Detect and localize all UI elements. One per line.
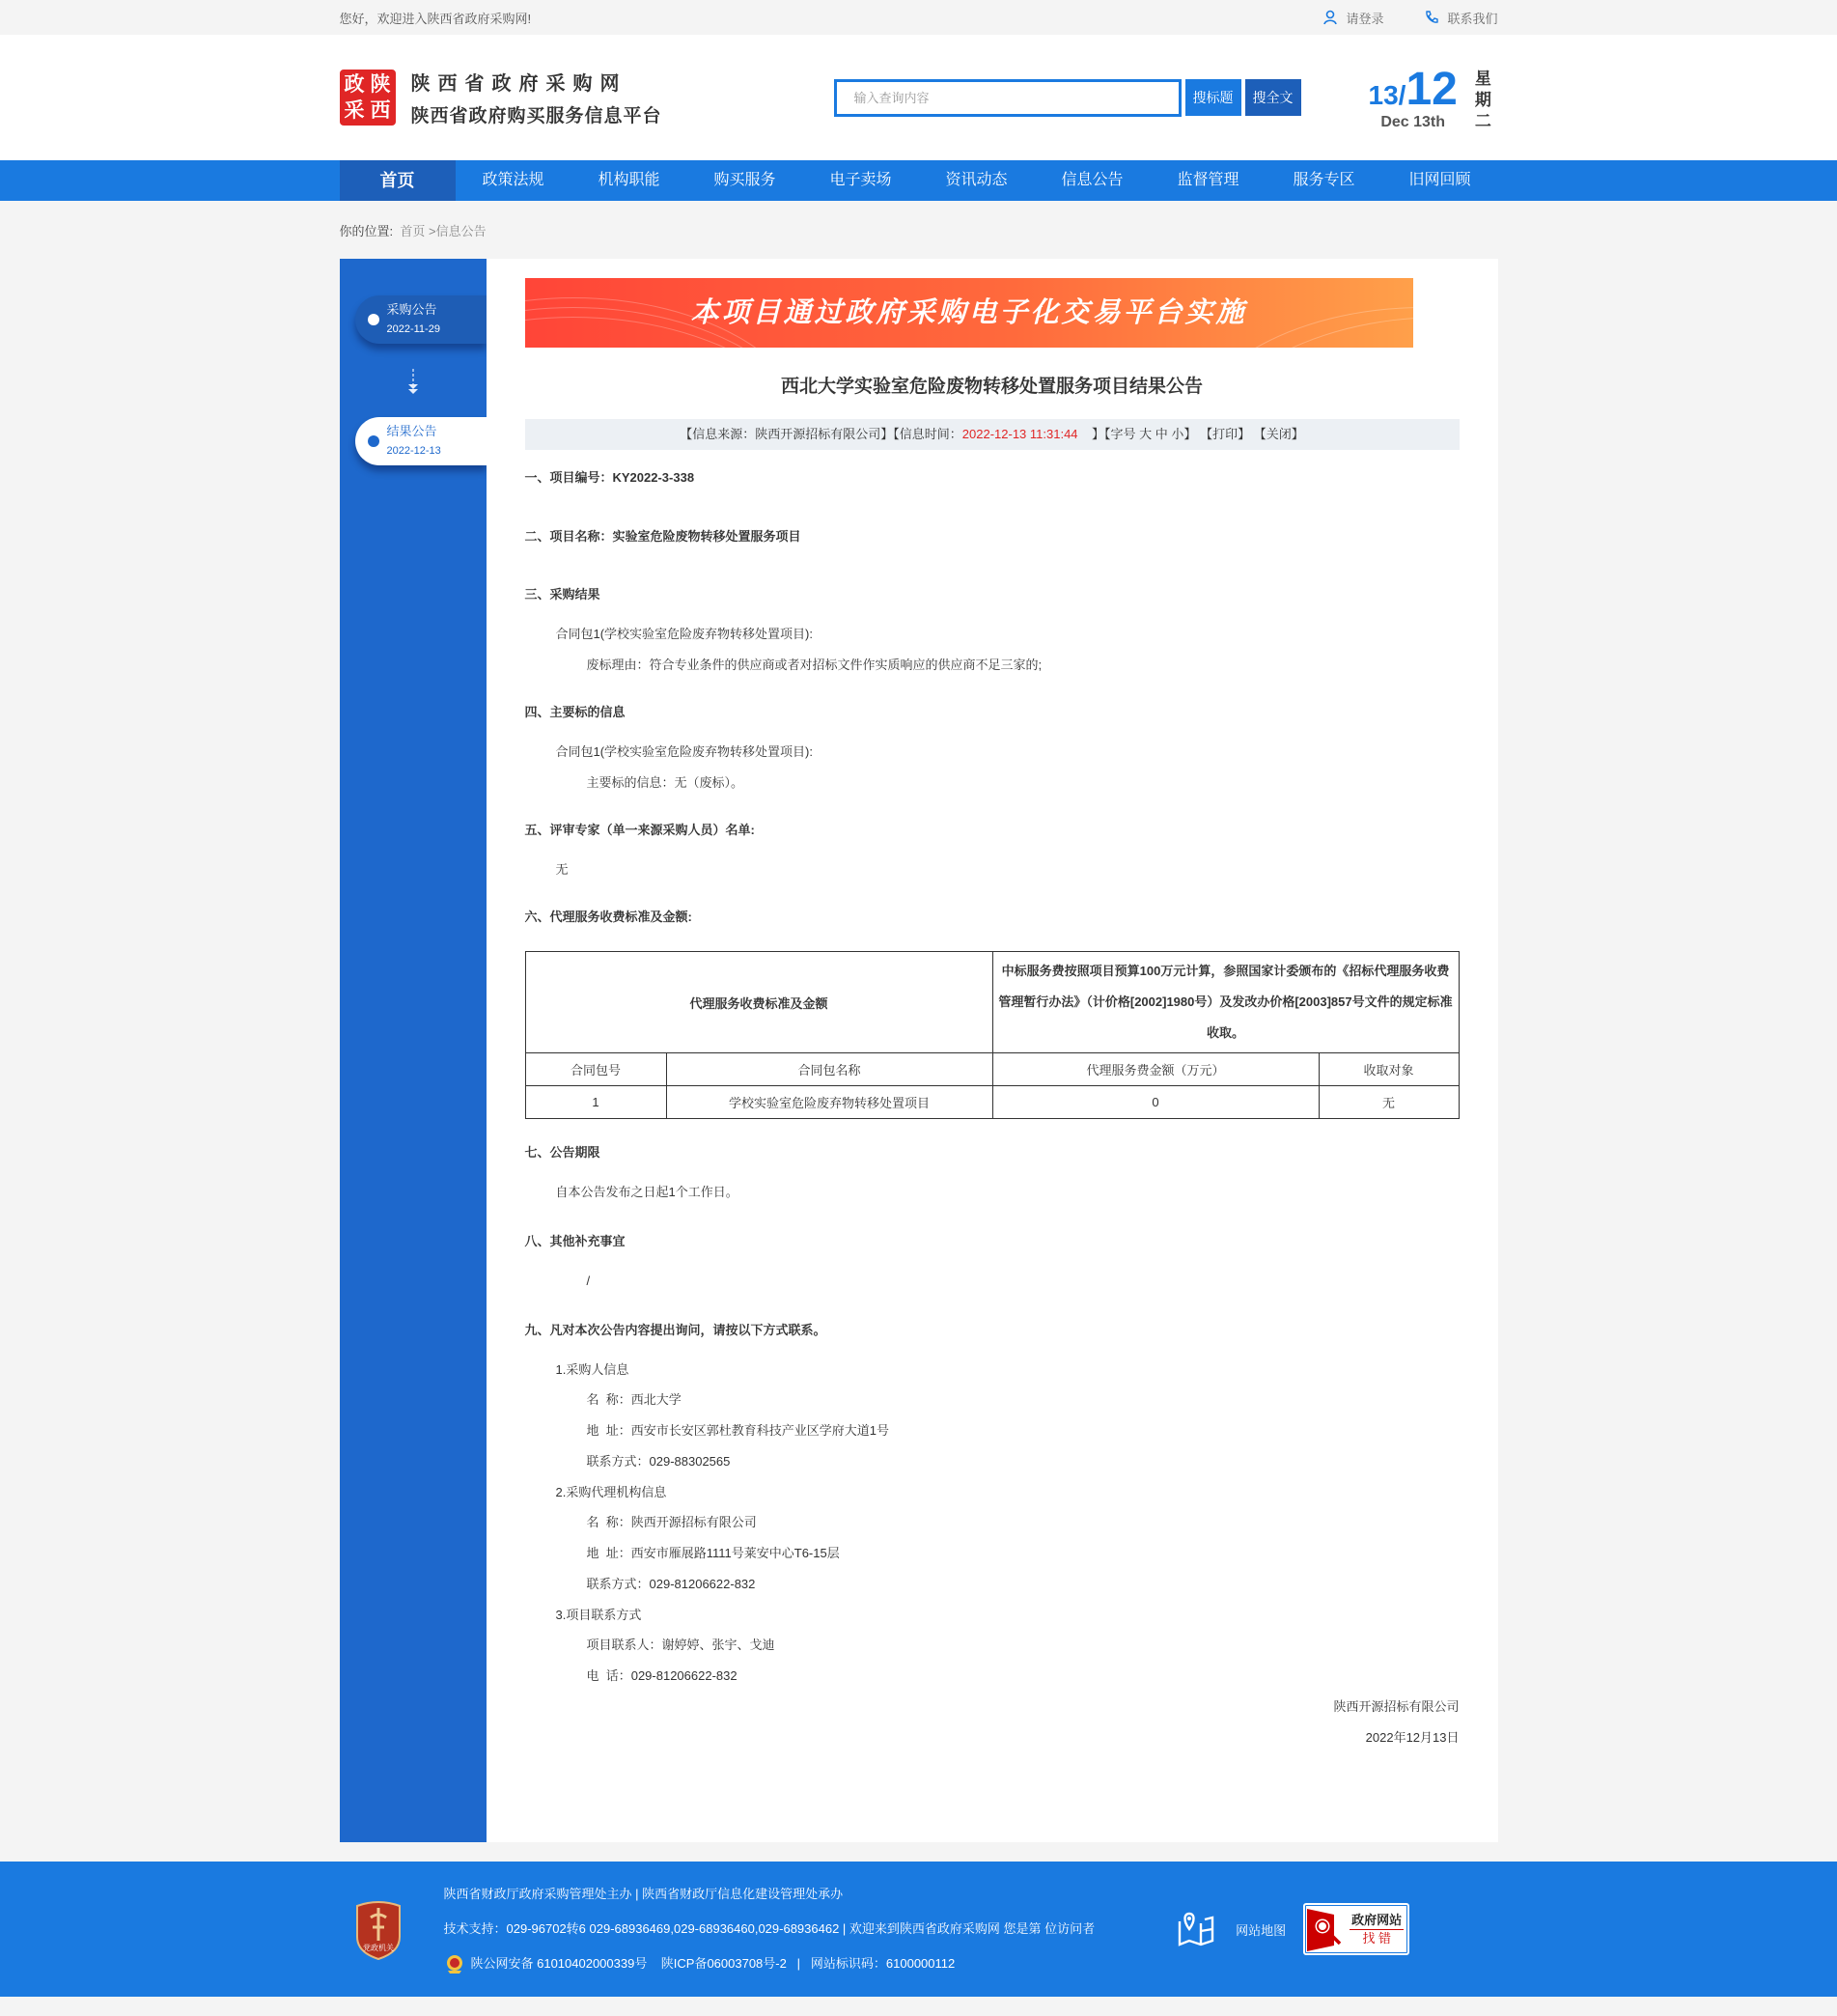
- section-main-info: 四、主要标的信息: [525, 698, 1460, 727]
- date-day: 13: [1369, 80, 1399, 110]
- main-area: 采购公告 2022-11-29 结果公告 2022-12-13: [340, 259, 1498, 1842]
- article: 本项目通过政府采购电子化交易平台实施 西北大学实验室危险废物转移处置服务项目结果…: [487, 259, 1498, 1842]
- svg-text:党政机关: 党政机关: [363, 1943, 394, 1952]
- search-fulltext-button[interactable]: 搜全文: [1245, 79, 1301, 116]
- signature-company: 陕西开源招标有限公司: [525, 1692, 1460, 1722]
- section-project-number: 一、项目编号：KY2022-3-338: [525, 463, 1460, 492]
- main-nav: 首页 政策法规 机构职能 购买服务 电子卖场 资讯动态 信息公告 监督管理 服务…: [0, 160, 1837, 201]
- signature-date: 2022年12月13日: [525, 1722, 1460, 1753]
- section-other: 八、其他补充事宜: [525, 1227, 1460, 1256]
- header: 政 陕 采 西 陕西省政府采购网 陕西省政府购买服务信息平台 搜标题 搜全文 1…: [0, 35, 1837, 160]
- party-government-badge-icon[interactable]: 党政机关: [353, 1898, 404, 1960]
- contact-info: 1.采购人信息 名 称：西北大学 地 址：西安市长安区郭杜教育科技产业区学府大道…: [525, 1355, 1460, 1692]
- close-link[interactable]: 【关闭】: [1254, 427, 1304, 441]
- date-month: 12: [1406, 64, 1457, 115]
- gov-site-find-error-button[interactable]: 政府网站 找 错: [1303, 1903, 1409, 1955]
- section-contact: 九、凡对本次公告内容提出询问，请按以下方式联系。: [525, 1316, 1460, 1345]
- fee-table: 代理服务收费标准及金额 中标服务费按照项目预算100万元计算，参照国家计委颁布的…: [525, 951, 1460, 1119]
- footer-registration[interactable]: 陕公网安备 61010402000339号 陕ICP备06003708号-2 |…: [471, 1946, 956, 1981]
- section-fee: 六、代理服务收费标准及金额:: [525, 903, 1460, 932]
- section-experts: 五、评审专家（单一来源采购人员）名单:: [525, 816, 1460, 845]
- article-body: 一、项目编号：KY2022-3-338 二、项目名称：实验室危险废物转移处置服务…: [525, 463, 1460, 1753]
- e-trading-banner: 本项目通过政府采购电子化交易平台实施: [525, 278, 1413, 348]
- section-project-name: 二、项目名称：实验室危险废物转移处置服务项目: [525, 522, 1460, 551]
- search-title-button[interactable]: 搜标题: [1185, 79, 1241, 116]
- timeline-item-result-notice[interactable]: 结果公告 2022-12-13: [355, 417, 487, 465]
- timeline-item-purchase-notice[interactable]: 采购公告 2022-11-29: [355, 295, 487, 344]
- font-size-small[interactable]: 小: [1171, 427, 1183, 441]
- phone-icon: [1424, 10, 1439, 25]
- arrow-down-icon: [405, 369, 421, 398]
- site-logo[interactable]: 政 陕 采 西: [340, 70, 396, 126]
- nav-e-mall[interactable]: 电子卖场: [803, 160, 919, 201]
- nav-home[interactable]: 首页: [340, 160, 456, 201]
- search-input[interactable]: [834, 79, 1182, 117]
- map-icon: [1176, 1912, 1216, 1946]
- breadcrumb-current[interactable]: >信息公告: [429, 221, 487, 239]
- site-name: 陕西省政府采购网 陕西省政府购买服务信息平台: [411, 68, 662, 127]
- weekday: 星期二: [1475, 69, 1492, 132]
- font-size-medium[interactable]: 中: [1155, 427, 1168, 441]
- dot-icon: [368, 314, 379, 325]
- login-link[interactable]: 请登录: [1322, 9, 1383, 27]
- nav-policy[interactable]: 政策法规: [456, 160, 571, 201]
- nav-purchase-service[interactable]: 购买服务: [687, 160, 803, 201]
- dot-icon: [368, 435, 379, 447]
- print-link[interactable]: 【打印】: [1200, 427, 1250, 441]
- date-english: Dec 13th: [1369, 114, 1458, 131]
- timeline-sidebar: 采购公告 2022-11-29 结果公告 2022-12-13: [340, 259, 487, 1842]
- nav-news[interactable]: 资讯动态: [919, 160, 1035, 201]
- sitemap-link[interactable]: 网站地图: [1176, 1912, 1286, 1946]
- welcome-text: 您好，欢迎进入陕西省政府采购网!: [340, 9, 532, 27]
- footer-info: 陕西省财政厅政府采购管理处主办 | 陕西省财政厅信息化建设管理处承办 技术支持：…: [444, 1877, 1096, 1981]
- nav-old-site[interactable]: 旧网回顾: [1382, 160, 1498, 201]
- section-result: 三、采购结果: [525, 580, 1460, 609]
- date-display: 13/12 Dec 13th 星期二: [1369, 63, 1492, 132]
- nav-service-zone[interactable]: 服务专区: [1266, 160, 1382, 201]
- nav-institution[interactable]: 机构职能: [571, 160, 687, 201]
- font-size-large[interactable]: 大: [1139, 427, 1152, 441]
- publish-time: 2022-12-13 11:31:44: [962, 427, 1078, 441]
- section-period: 七、公告期限: [525, 1138, 1460, 1167]
- search-bar: 搜标题 搜全文: [834, 79, 1301, 117]
- top-bar: 您好，欢迎进入陕西省政府采购网! 请登录 联系我们: [0, 0, 1837, 35]
- magnifier-flag-icon: [1305, 1907, 1346, 1951]
- user-icon: [1322, 10, 1338, 25]
- police-emblem-icon: [444, 1953, 465, 1974]
- article-title: 西北大学实验室危险废物转移处置服务项目结果公告: [525, 372, 1460, 398]
- nav-supervision[interactable]: 监督管理: [1151, 160, 1266, 201]
- breadcrumb-home[interactable]: 首页: [400, 221, 425, 239]
- article-meta: 【信息来源：陕西开源招标有限公司】【信息时间：2022-12-13 11:31:…: [525, 419, 1460, 450]
- contact-link[interactable]: 联系我们: [1424, 9, 1497, 27]
- nav-announcements[interactable]: 信息公告: [1035, 160, 1151, 201]
- breadcrumb: 你的位置: 首页 >信息公告: [340, 201, 1498, 259]
- table-row: 1 学校实验室危险废弃物转移处置项目 0 无: [525, 1086, 1459, 1119]
- footer: 党政机关 陕西省财政厅政府采购管理处主办 | 陕西省财政厅信息化建设管理处承办 …: [0, 1862, 1837, 1997]
